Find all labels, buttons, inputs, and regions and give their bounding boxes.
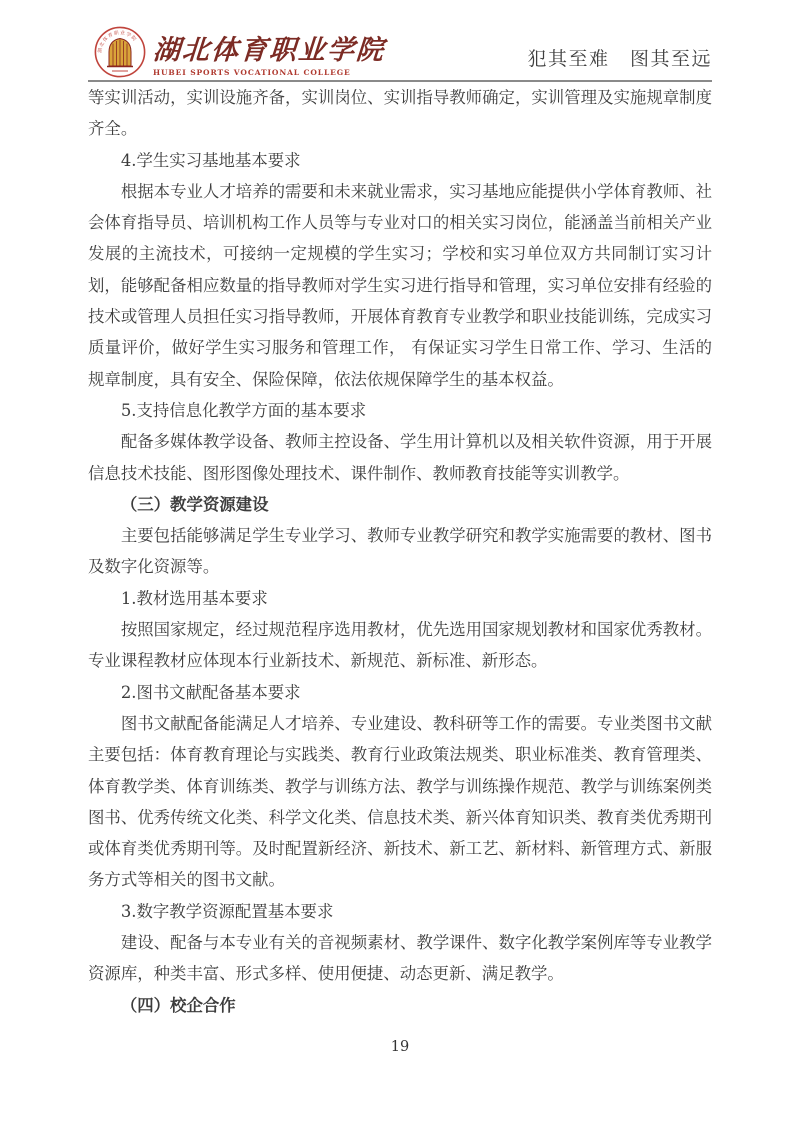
body-paragraph: 图书文献配备能满足人才培养、专业建设、教科研等工作的需要。专业类图书文献主要包括… [88, 708, 712, 896]
numbered-heading: 3.数字教学资源配置基本要求 [88, 896, 712, 927]
document-body: 等实训活动，实训设施齐备，实训岗位、实训指导教师确定，实训管理及实施规章制度齐全… [0, 82, 800, 1021]
document-page: 湖北体育职业学院 湖北体育职业学院 HUBEI SPORTS VOCATIONA… [0, 0, 800, 1131]
body-paragraph: 按照国家规定，经过规范程序选用教材，优先选用国家规划教材和国家优秀教材。专业课程… [88, 614, 712, 677]
numbered-heading: 1.教材选用基本要求 [88, 583, 712, 614]
body-paragraph: 配备多媒体教学设备、教师主控设备、学生用计算机以及相关软件资源，用于开展信息技术… [88, 426, 712, 489]
college-name-zh: 湖北体育职业学院 [152, 37, 386, 65]
section-heading: （三）教学资源建设 [88, 489, 712, 520]
numbered-heading: 4.学生实习基地基本要求 [88, 145, 712, 176]
college-seal-icon: 湖北体育职业学院 [94, 26, 146, 78]
body-paragraph: 根据本专业人才培养的需要和未来就业需求，实习基地应能提供小学体育教师、社会体育指… [88, 176, 712, 395]
page-number: 19 [0, 1039, 800, 1055]
college-brand: 湖北体育职业学院 湖北体育职业学院 HUBEI SPORTS VOCATIONA… [94, 26, 385, 80]
body-paragraph: 主要包括能够满足学生专业学习、教师专业教学研究和教学实施需要的教材、图书及数字化… [88, 520, 712, 583]
numbered-heading: 2.图书文献配备基本要求 [88, 677, 712, 708]
numbered-heading: 5.支持信息化教学方面的基本要求 [88, 395, 712, 426]
college-name-en: HUBEI SPORTS VOCATIONAL COLLEGE [153, 68, 385, 77]
body-paragraph: 建设、配备与本专业有关的音视频素材、教学课件、数字化教学案例库等专业教学资源库，… [88, 927, 712, 990]
body-paragraph: 等实训活动，实训设施齐备，实训岗位、实训指导教师确定，实训管理及实施规章制度齐全… [88, 82, 712, 145]
college-motto: 犯其至难 图其至远 [527, 44, 712, 80]
page-header: 湖北体育职业学院 湖北体育职业学院 HUBEI SPORTS VOCATIONA… [0, 0, 800, 80]
college-names: 湖北体育职业学院 HUBEI SPORTS VOCATIONAL COLLEGE [153, 37, 385, 78]
section-heading: （四）校企合作 [88, 990, 712, 1021]
